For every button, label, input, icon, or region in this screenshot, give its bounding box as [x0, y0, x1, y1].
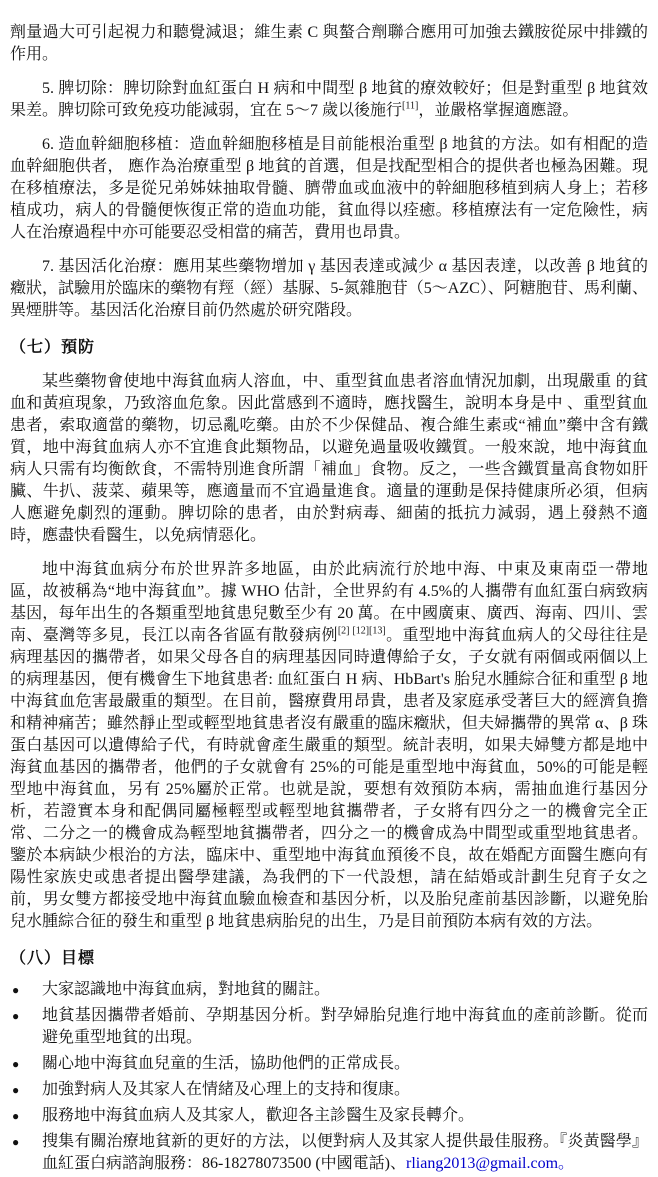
goal-list: ●大家認識地中海貧血病，對地貧的關註。●地貧基因攜帶者婚前、孕期基因分析。對孕婦…	[10, 979, 648, 1175]
list-item: ●大家認識地中海貧血病，對地貧的關註。	[10, 979, 648, 1001]
text-run: 服務地中海貧血病人及其家人，歡迎各主診醫生及家長轉介。	[42, 1107, 474, 1124]
bullet-icon: ●	[10, 1079, 42, 1101]
section-heading: （七）預防	[10, 337, 648, 359]
list-item-text: 搜集有關治療地貧新的更好的方法，以便對病人及其家人提供最佳服務。『炎黃醫學』血紅…	[42, 1131, 648, 1175]
list-item-text: 關心地中海貧血兒童的生活，協助他們的正常成長。	[42, 1053, 648, 1075]
bullet-icon: ●	[10, 1053, 42, 1075]
document-page: 劑量過大可引起視力和聽覺減退；維生素 C 與螯合劑聯合應用可加強去鐵胺從尿中排鐵…	[0, 0, 658, 1177]
list-item-text: 地貧基因攜帶者婚前、孕期基因分析。對孕婦胎兒進行地中海貧血的產前診斷。從而避免重…	[42, 1005, 648, 1049]
list-item-text: 大家認識地中海貧血病，對地貧的關註。	[42, 979, 648, 1001]
list-item: ●服務地中海貧血病人及其家人，歡迎各主診醫生及家長轉介。	[10, 1105, 648, 1127]
paragraph: 劑量過大可引起視力和聽覺減退；維生素 C 與螯合劑聯合應用可加強去鐵胺從尿中排鐵…	[10, 22, 648, 66]
text-run: 某些藥物會使地中海貧血病人溶血，中、重型貧血患者溶血情況加劇，出現嚴重 的貧血和…	[10, 373, 648, 544]
list-item: ●搜集有關治療地貧新的更好的方法，以便對病人及其家人提供最佳服務。『炎黃醫學』血…	[10, 1131, 648, 1175]
bullet-icon: ●	[10, 1105, 42, 1127]
paragraph: 6. 造血幹細胞移植：造血幹細胞移植是目前能根治重型 β 地貧的方法。如有相配的…	[10, 134, 648, 244]
text-run: 關心地中海貧血兒童的生活，協助他們的正常成長。	[42, 1055, 410, 1072]
email-link[interactable]: rliang2013@gmail.com	[406, 1155, 558, 1172]
bullet-icon: ●	[10, 979, 42, 1001]
list-item: ●加強對病人及其家人在情緒及心理上的支持和復康。	[10, 1079, 648, 1101]
paragraph: 5. 脾切除：脾切除對血紅蛋白 H 病和中間型 β 地貧的療效較好；但是對重型 …	[10, 78, 648, 122]
bullet-icon: ●	[10, 1131, 42, 1175]
text-run: （七）預防	[10, 339, 95, 356]
section-heading: （八）目標	[10, 948, 648, 970]
list-item-text: 加強對病人及其家人在情緒及心理上的支持和復康。	[42, 1079, 648, 1101]
email-link[interactable]: 。	[558, 1155, 574, 1172]
document-body: 劑量過大可引起視力和聽覺減退；維生素 C 與螯合劑聯合應用可加強去鐵胺從尿中排鐵…	[10, 22, 648, 1175]
text-run: 6. 造血幹細胞移植：造血幹細胞移植是目前能根治重型 β 地貧的方法。如有相配的…	[10, 136, 648, 241]
reference-superscript: [11]	[402, 101, 418, 112]
reference-superscript: [2] [12][13]	[338, 626, 386, 637]
paragraph: 7. 基因活化治療：應用某些藥物增加 γ 基因表達或減少 α 基因表達，以改善 …	[10, 256, 648, 322]
text-run: 地貧基因攜帶者婚前、孕期基因分析。對孕婦胎兒進行地中海貧血的產前診斷。從而避免重…	[42, 1007, 648, 1046]
paragraph: 地中海貧血病分布於世界許多地區，由於此病流行於地中海、中東及東南亞一帶地區，故被…	[10, 559, 648, 933]
text-run: 大家認識地中海貧血病，對地貧的關註。	[42, 981, 330, 998]
text-run: 7. 基因活化治療：應用某些藥物增加 γ 基因表達或減少 α 基因表達，以改善 …	[10, 258, 648, 319]
text-run: 。重型地中海貧血病人的父母往往是病理基因的攜帶者，如果父母各自的病理基因同時遺傳…	[10, 627, 648, 930]
list-item: ●地貧基因攜帶者婚前、孕期基因分析。對孕婦胎兒進行地中海貧血的產前診斷。從而避免…	[10, 1005, 648, 1049]
bullet-icon: ●	[10, 1005, 42, 1049]
paragraph: 某些藥物會使地中海貧血病人溶血，中、重型貧血患者溶血情況加劇，出現嚴重 的貧血和…	[10, 371, 648, 547]
text-run: 加強對病人及其家人在情緒及心理上的支持和復康。	[42, 1081, 410, 1098]
list-item: ●關心地中海貧血兒童的生活，協助他們的正常成長。	[10, 1053, 648, 1075]
text-run: （八）目標	[10, 950, 95, 967]
text-run: 劑量過大可引起視力和聽覺減退；維生素 C 與螯合劑聯合應用可加強去鐵胺從尿中排鐵…	[10, 24, 648, 63]
list-item-text: 服務地中海貧血病人及其家人，歡迎各主診醫生及家長轉介。	[42, 1105, 648, 1127]
text-run: ，並嚴格掌握適應證。	[418, 102, 578, 119]
